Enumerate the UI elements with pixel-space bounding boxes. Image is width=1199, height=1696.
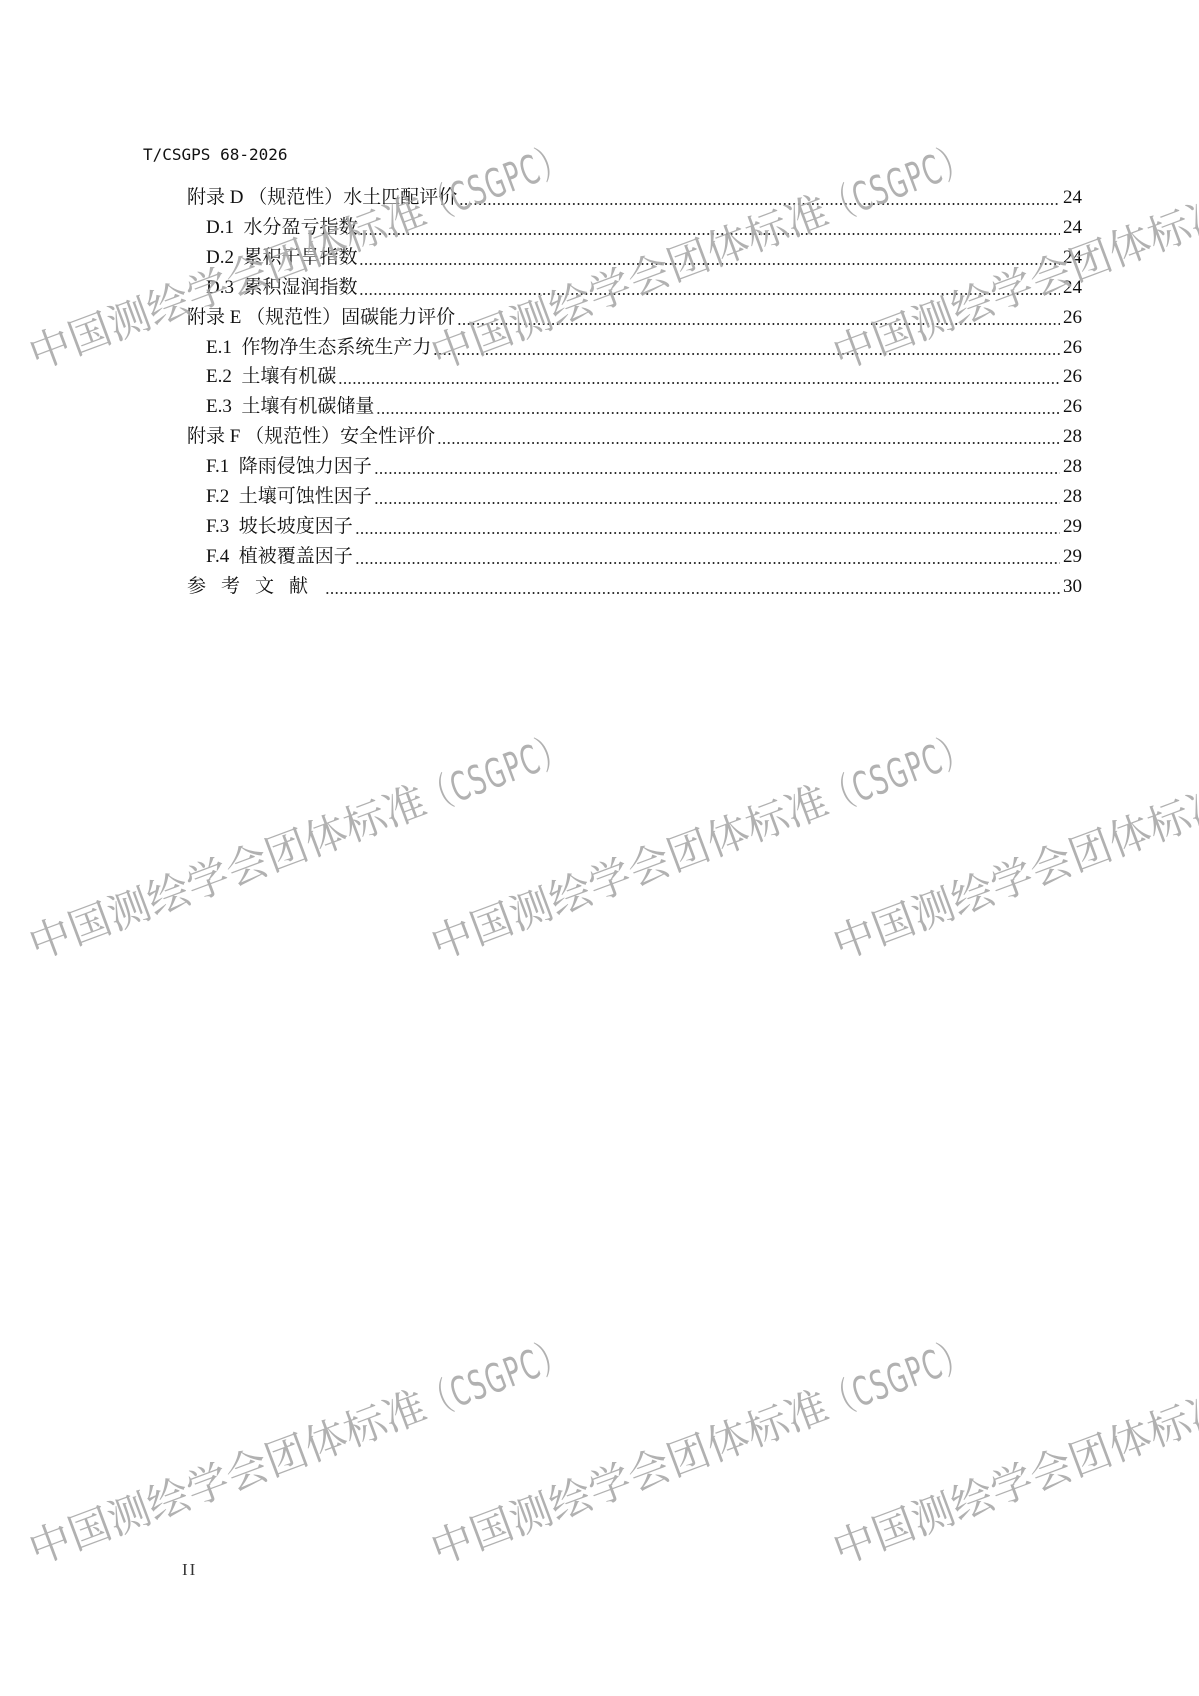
toc-entry-page: 30 xyxy=(1062,574,1082,600)
dot-leader xyxy=(325,592,1060,594)
toc-entry-label: F.2 土壤可蚀性因子 xyxy=(206,484,372,510)
watermark-text: 中国测绘学会团体标准 xyxy=(826,1381,1199,1574)
dot-leader xyxy=(355,532,1060,534)
watermark-text: 中国测绘学会团体标准 xyxy=(424,1381,835,1574)
toc-entry-page: 28 xyxy=(1062,424,1082,450)
watermark: 中国测绘学会团体标准（CSGPC） xyxy=(826,1305,1199,1576)
toc-entry-label: D.1 水分盈亏指数 xyxy=(206,215,357,241)
toc-entry-page: 26 xyxy=(1062,335,1082,361)
watermark: 中国测绘学会团体标准（CSGPC） xyxy=(22,1305,636,1576)
dot-leader xyxy=(355,562,1060,564)
toc-entry[interactable]: F.2 土壤可蚀性因子28 xyxy=(206,484,1082,510)
dot-leader xyxy=(459,203,1060,205)
dot-leader xyxy=(338,382,1060,384)
dot-leader xyxy=(374,502,1060,504)
toc-entry[interactable]: 附录 D （规范性）水土匹配评价24 xyxy=(187,185,1082,211)
toc-entry-page: 26 xyxy=(1062,305,1082,331)
watermark-code: （CSGPC） xyxy=(818,724,978,824)
toc-entry-label: F.1 降雨侵蚀力因子 xyxy=(206,454,372,480)
toc-entry-page: 24 xyxy=(1062,215,1082,241)
toc-entry[interactable]: 附录 E （规范性）固碳能力评价26 xyxy=(187,305,1082,331)
dot-leader xyxy=(376,412,1060,414)
toc-entry-page: 28 xyxy=(1062,454,1082,480)
toc-entry[interactable]: 附录 F （规范性）安全性评价28 xyxy=(187,424,1082,450)
toc-entry-page: 29 xyxy=(1062,544,1082,570)
standard-code: T/CSGPS 68-2026 xyxy=(143,145,288,165)
dot-leader xyxy=(374,472,1060,474)
dot-leader xyxy=(359,233,1060,235)
watermark: 中国测绘学会团体标准（CSGPC） xyxy=(826,700,1199,971)
watermark-code: （CSGPC） xyxy=(416,1329,576,1429)
dot-leader xyxy=(437,442,1060,444)
toc-entry[interactable]: E.3 土壤有机碳储量26 xyxy=(206,394,1082,420)
toc-entry-page: 24 xyxy=(1062,245,1082,271)
toc-entry-label: 附录 E （规范性）固碳能力评价 xyxy=(187,305,455,331)
toc-entry[interactable]: F.4 植被覆盖因子29 xyxy=(206,544,1082,570)
toc-entry-label: 附录 F （规范性）安全性评价 xyxy=(187,424,435,450)
toc-entry-label: E.3 土壤有机碳储量 xyxy=(206,394,374,420)
toc-entry-label: E.2 土壤有机碳 xyxy=(206,364,336,390)
watermark-code: （CSGPC） xyxy=(416,724,576,824)
watermark: 中国测绘学会团体标准（CSGPC） xyxy=(424,1305,1038,1576)
toc-entry-page: 29 xyxy=(1062,514,1082,540)
toc-entry-label: E.1 作物净生态系统生产力 xyxy=(206,335,431,361)
toc-entry[interactable]: E.1 作物净生态系统生产力26 xyxy=(206,335,1082,361)
dot-leader xyxy=(433,353,1060,355)
dot-leader xyxy=(359,263,1060,265)
dot-leader xyxy=(359,293,1060,295)
toc-entry-label: D.2 累积干旱指数 xyxy=(206,245,357,271)
toc-entry-label: 附录 D （规范性）水土匹配评价 xyxy=(187,185,457,211)
toc-entry[interactable]: D.1 水分盈亏指数24 xyxy=(206,215,1082,241)
toc-entry-page: 24 xyxy=(1062,275,1082,301)
watermark-text: 中国测绘学会团体标准 xyxy=(826,776,1199,969)
toc-entry-label: F.4 植被覆盖因子 xyxy=(206,544,353,570)
toc-entry-label: 参考文献 xyxy=(187,574,323,600)
page-number: II xyxy=(182,1560,197,1580)
toc-entry[interactable]: D.2 累积干旱指数24 xyxy=(206,245,1082,271)
watermark-text: 中国测绘学会团体标准 xyxy=(424,776,835,969)
toc-entry-page: 24 xyxy=(1062,185,1082,211)
document-page: T/CSGPS 68-2026 附录 D （规范性）水土匹配评价24D.1 水分… xyxy=(0,0,1199,1696)
watermark: 中国测绘学会团体标准（CSGPC） xyxy=(424,700,1038,971)
toc-entry-page: 26 xyxy=(1062,364,1082,390)
watermark: 中国测绘学会团体标准（CSGPC） xyxy=(22,700,636,971)
toc-entry-page: 26 xyxy=(1062,394,1082,420)
toc-entry-label: F.3 坡长坡度因子 xyxy=(206,514,353,540)
toc-entry[interactable]: 参考文献30 xyxy=(187,574,1082,600)
watermark-text: 中国测绘学会团体标准 xyxy=(22,1381,433,1574)
toc-entry-page: 28 xyxy=(1062,484,1082,510)
toc-entry[interactable]: F.1 降雨侵蚀力因子28 xyxy=(206,454,1082,480)
toc-entry[interactable]: E.2 土壤有机碳26 xyxy=(206,364,1082,390)
dot-leader xyxy=(457,323,1060,325)
toc-entry[interactable]: F.3 坡长坡度因子29 xyxy=(206,514,1082,540)
watermark-code: （CSGPC） xyxy=(818,1329,978,1429)
watermark-text: 中国测绘学会团体标准 xyxy=(22,776,433,969)
toc-entry[interactable]: D.3 累积湿润指数24 xyxy=(206,275,1082,301)
toc-entry-label: D.3 累积湿润指数 xyxy=(206,275,357,301)
